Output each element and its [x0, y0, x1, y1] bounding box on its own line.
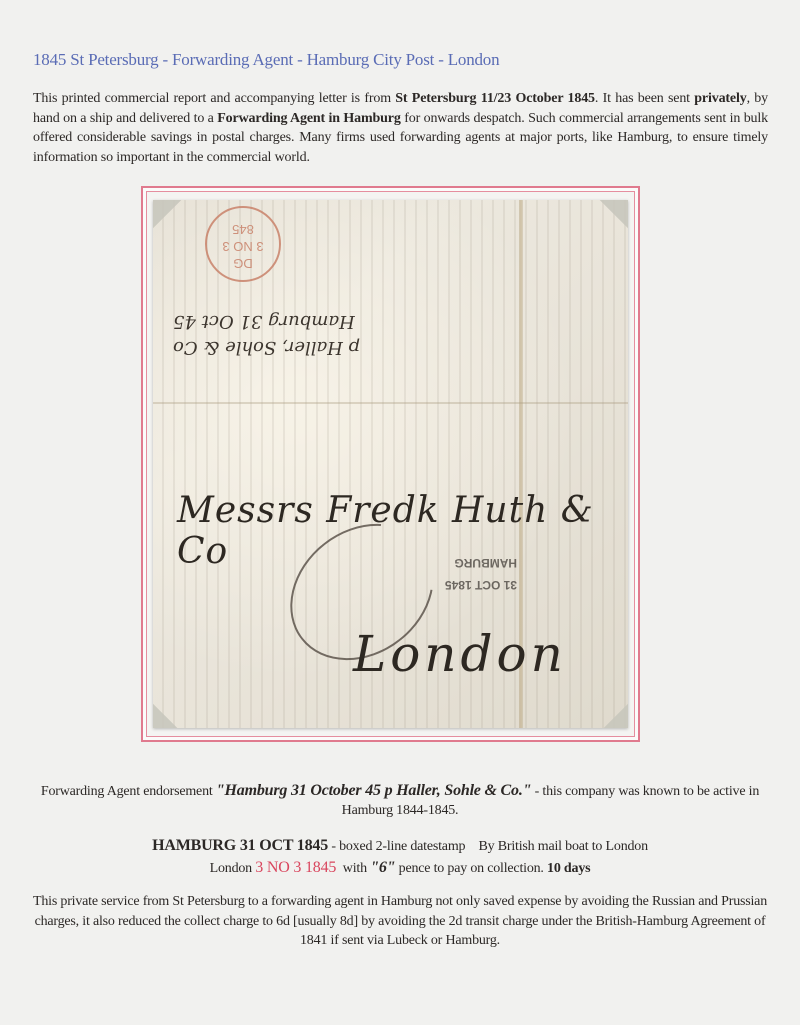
london-cds-postmark: DG 3 NO 3 845 — [205, 206, 281, 282]
destination-city: London — [353, 625, 567, 683]
endorsement-line: p Haller, Sohle & Co — [173, 334, 433, 360]
postmark-caption-line-1: HAMBURG 31 OCT 1845 - boxed 2-line dates… — [30, 835, 770, 857]
postmark-caption: HAMBURG 31 OCT 1845 - boxed 2-line dates… — [30, 835, 770, 879]
forwarding-endorsement: p Haller, Sohle & Co Hamburg 31 Oct 45 — [173, 308, 433, 360]
horizontal-fold — [153, 402, 628, 404]
intro-privately: privately — [694, 91, 746, 106]
hamburg-datestamp-label: HAMBURG 31 OCT 1845 — [152, 837, 328, 854]
rate-quote: "6" — [370, 859, 395, 876]
transit-days: 10 days — [547, 861, 590, 876]
intro-text: This printed commercial report and accom… — [33, 91, 395, 106]
intro-text: . It has been sent — [595, 91, 694, 106]
cds-line: 3 NO 3 — [207, 238, 279, 255]
caption-text: pence to pay on collection. — [395, 861, 547, 876]
postmark-caption-line-2: London 3 NO 3 1845 with "6" pence to pay… — [30, 857, 770, 879]
cover-frame-inner: DG 3 NO 3 845 p Haller, Sohle & Co Hambu… — [146, 191, 635, 737]
endorsement-caption: Forwarding Agent endorsement "Hamburg 31… — [30, 781, 770, 820]
caption-text: Forwarding Agent endorsement — [41, 784, 216, 799]
stamp-line: 31 OCT 1845 — [445, 574, 517, 596]
caption-text: - boxed 2-line datestamp By British mail… — [328, 839, 648, 854]
page-title: 1845 St Petersburg - Forwarding Agent - … — [33, 50, 499, 70]
endorsement-quote: "Hamburg 31 October 45 p Haller, Sohle &… — [216, 782, 531, 799]
caption-text: London — [210, 861, 256, 876]
stamp-line: HAMBURG — [445, 552, 517, 574]
cover-frame: DG 3 NO 3 845 p Haller, Sohle & Co Hambu… — [141, 186, 640, 742]
intro-paragraph: This printed commercial report and accom… — [33, 89, 768, 167]
hamburg-boxed-datestamp: 31 OCT 1845 HAMBURG — [445, 552, 517, 596]
intro-forwarding-agent: Forwarding Agent in Hamburg — [217, 111, 400, 126]
entire-letter-image: DG 3 NO 3 845 p Haller, Sohle & Co Hambu… — [153, 200, 628, 728]
london-date-label: 3 NO 3 1845 — [255, 859, 336, 876]
cds-line: 845 — [207, 221, 279, 238]
intro-origin-date: St Petersburg 11/23 October 1845 — [395, 91, 595, 106]
cds-line: DG — [207, 255, 279, 272]
footer-paragraph: This private service from St Petersburg … — [30, 892, 770, 951]
endorsement-line: Hamburg 31 Oct 45 — [173, 308, 433, 334]
caption-text: with — [336, 861, 370, 876]
